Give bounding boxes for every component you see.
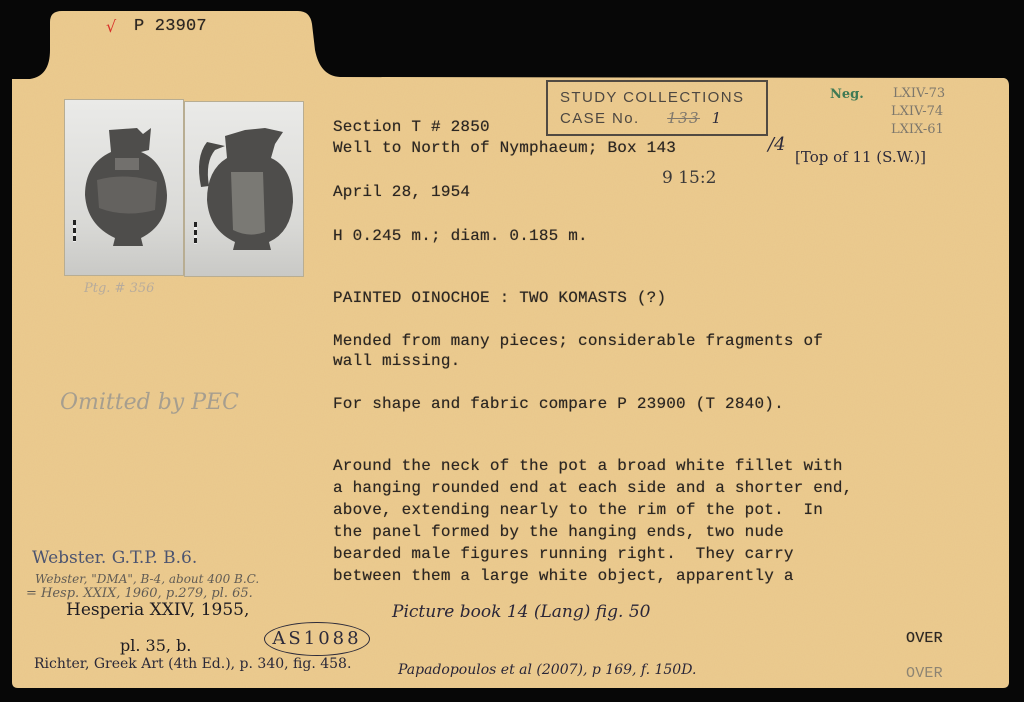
stamp-case-label: CASE No.	[560, 110, 640, 127]
description-line: Around the neck of the pot a broad white…	[333, 455, 843, 477]
dimensions: H 0.245 m.; diam. 0.185 m.	[333, 225, 588, 247]
hesperia-1955-reference: Hesperia XXIV, 1955,	[66, 600, 249, 620]
over-label: OVER	[906, 628, 943, 650]
papadopoulos-reference: Papadopoulos et al (2007), p 169, f. 150…	[398, 662, 696, 678]
omitted-note: Omitted by PEC	[60, 390, 239, 415]
oinochoe-front-icon	[65, 100, 183, 275]
plate-reference: pl. 35, b.	[120, 636, 191, 655]
photo-caption: Ptg. # 356	[84, 281, 154, 296]
photo-side-view	[184, 101, 304, 277]
picture-book-reference: Picture book 14 (Lang) fig. 50	[392, 602, 650, 622]
stamp-case-line: CASE No. 133 1	[560, 108, 766, 129]
description-line: a hanging rounded end at each side and a…	[333, 477, 852, 499]
photo-front-view	[64, 99, 184, 276]
negative-number: LXIV-74	[891, 104, 943, 119]
object-title: PAINTED OINOCHOE : TWO KOMASTS (?)	[333, 287, 666, 309]
stamp-title: STUDY COLLECTIONS	[560, 87, 766, 108]
condition-line: Mended from many pieces; considerable fr…	[333, 330, 823, 352]
section-number: Section T # 2850	[333, 116, 490, 138]
hesperia-1960-reference: = Hesp. XXIX, 1960, p.279, pl. 65.	[26, 586, 253, 601]
webster-dma-reference: Webster, "DMA", B-4, about 400 B.C.	[35, 572, 259, 586]
oinochoe-side-icon	[185, 102, 303, 276]
condition-line: wall missing.	[333, 350, 460, 372]
negatives-label: Neg.	[830, 87, 864, 102]
box-annotation: /4	[768, 134, 786, 155]
description-line: between them a large white object, appar…	[333, 565, 794, 587]
stamp-case-value: 133	[667, 109, 700, 127]
description-line: bearded male figures running right. They…	[333, 543, 794, 565]
negative-number: LXIV-73	[893, 86, 945, 101]
stamp-case-correction: 1	[712, 109, 723, 127]
reference-number: 9 15:2	[662, 168, 716, 188]
richter-reference: Richter, Greek Art (4th Ed.), p. 340, fi…	[34, 656, 351, 672]
comparison-note: For shape and fabric compare P 23900 (T …	[333, 393, 784, 415]
webster-reference: Webster. G.T.P. B.6.	[32, 548, 197, 568]
description-line: above, extending nearly to the rim of th…	[333, 499, 823, 521]
negative-number: LXIX-61	[891, 122, 944, 137]
tab-catalog-number: P 23907	[134, 16, 207, 38]
as-number: AS1088	[264, 622, 370, 656]
study-collections-stamp: STUDY COLLECTIONS CASE No. 133 1	[546, 80, 768, 136]
scale-bar	[73, 220, 76, 242]
over-ghost-label: OVER	[906, 663, 943, 685]
find-date: April 28, 1954	[333, 181, 470, 203]
find-location: Well to North of Nymphaeum; Box 143	[333, 137, 676, 159]
scale-bar	[194, 222, 197, 244]
description-line: the panel formed by the hanging ends, tw…	[333, 521, 784, 543]
location-note: [Top of 11 (S.W.)]	[795, 148, 926, 166]
checkmark-icon: √	[106, 17, 116, 36]
